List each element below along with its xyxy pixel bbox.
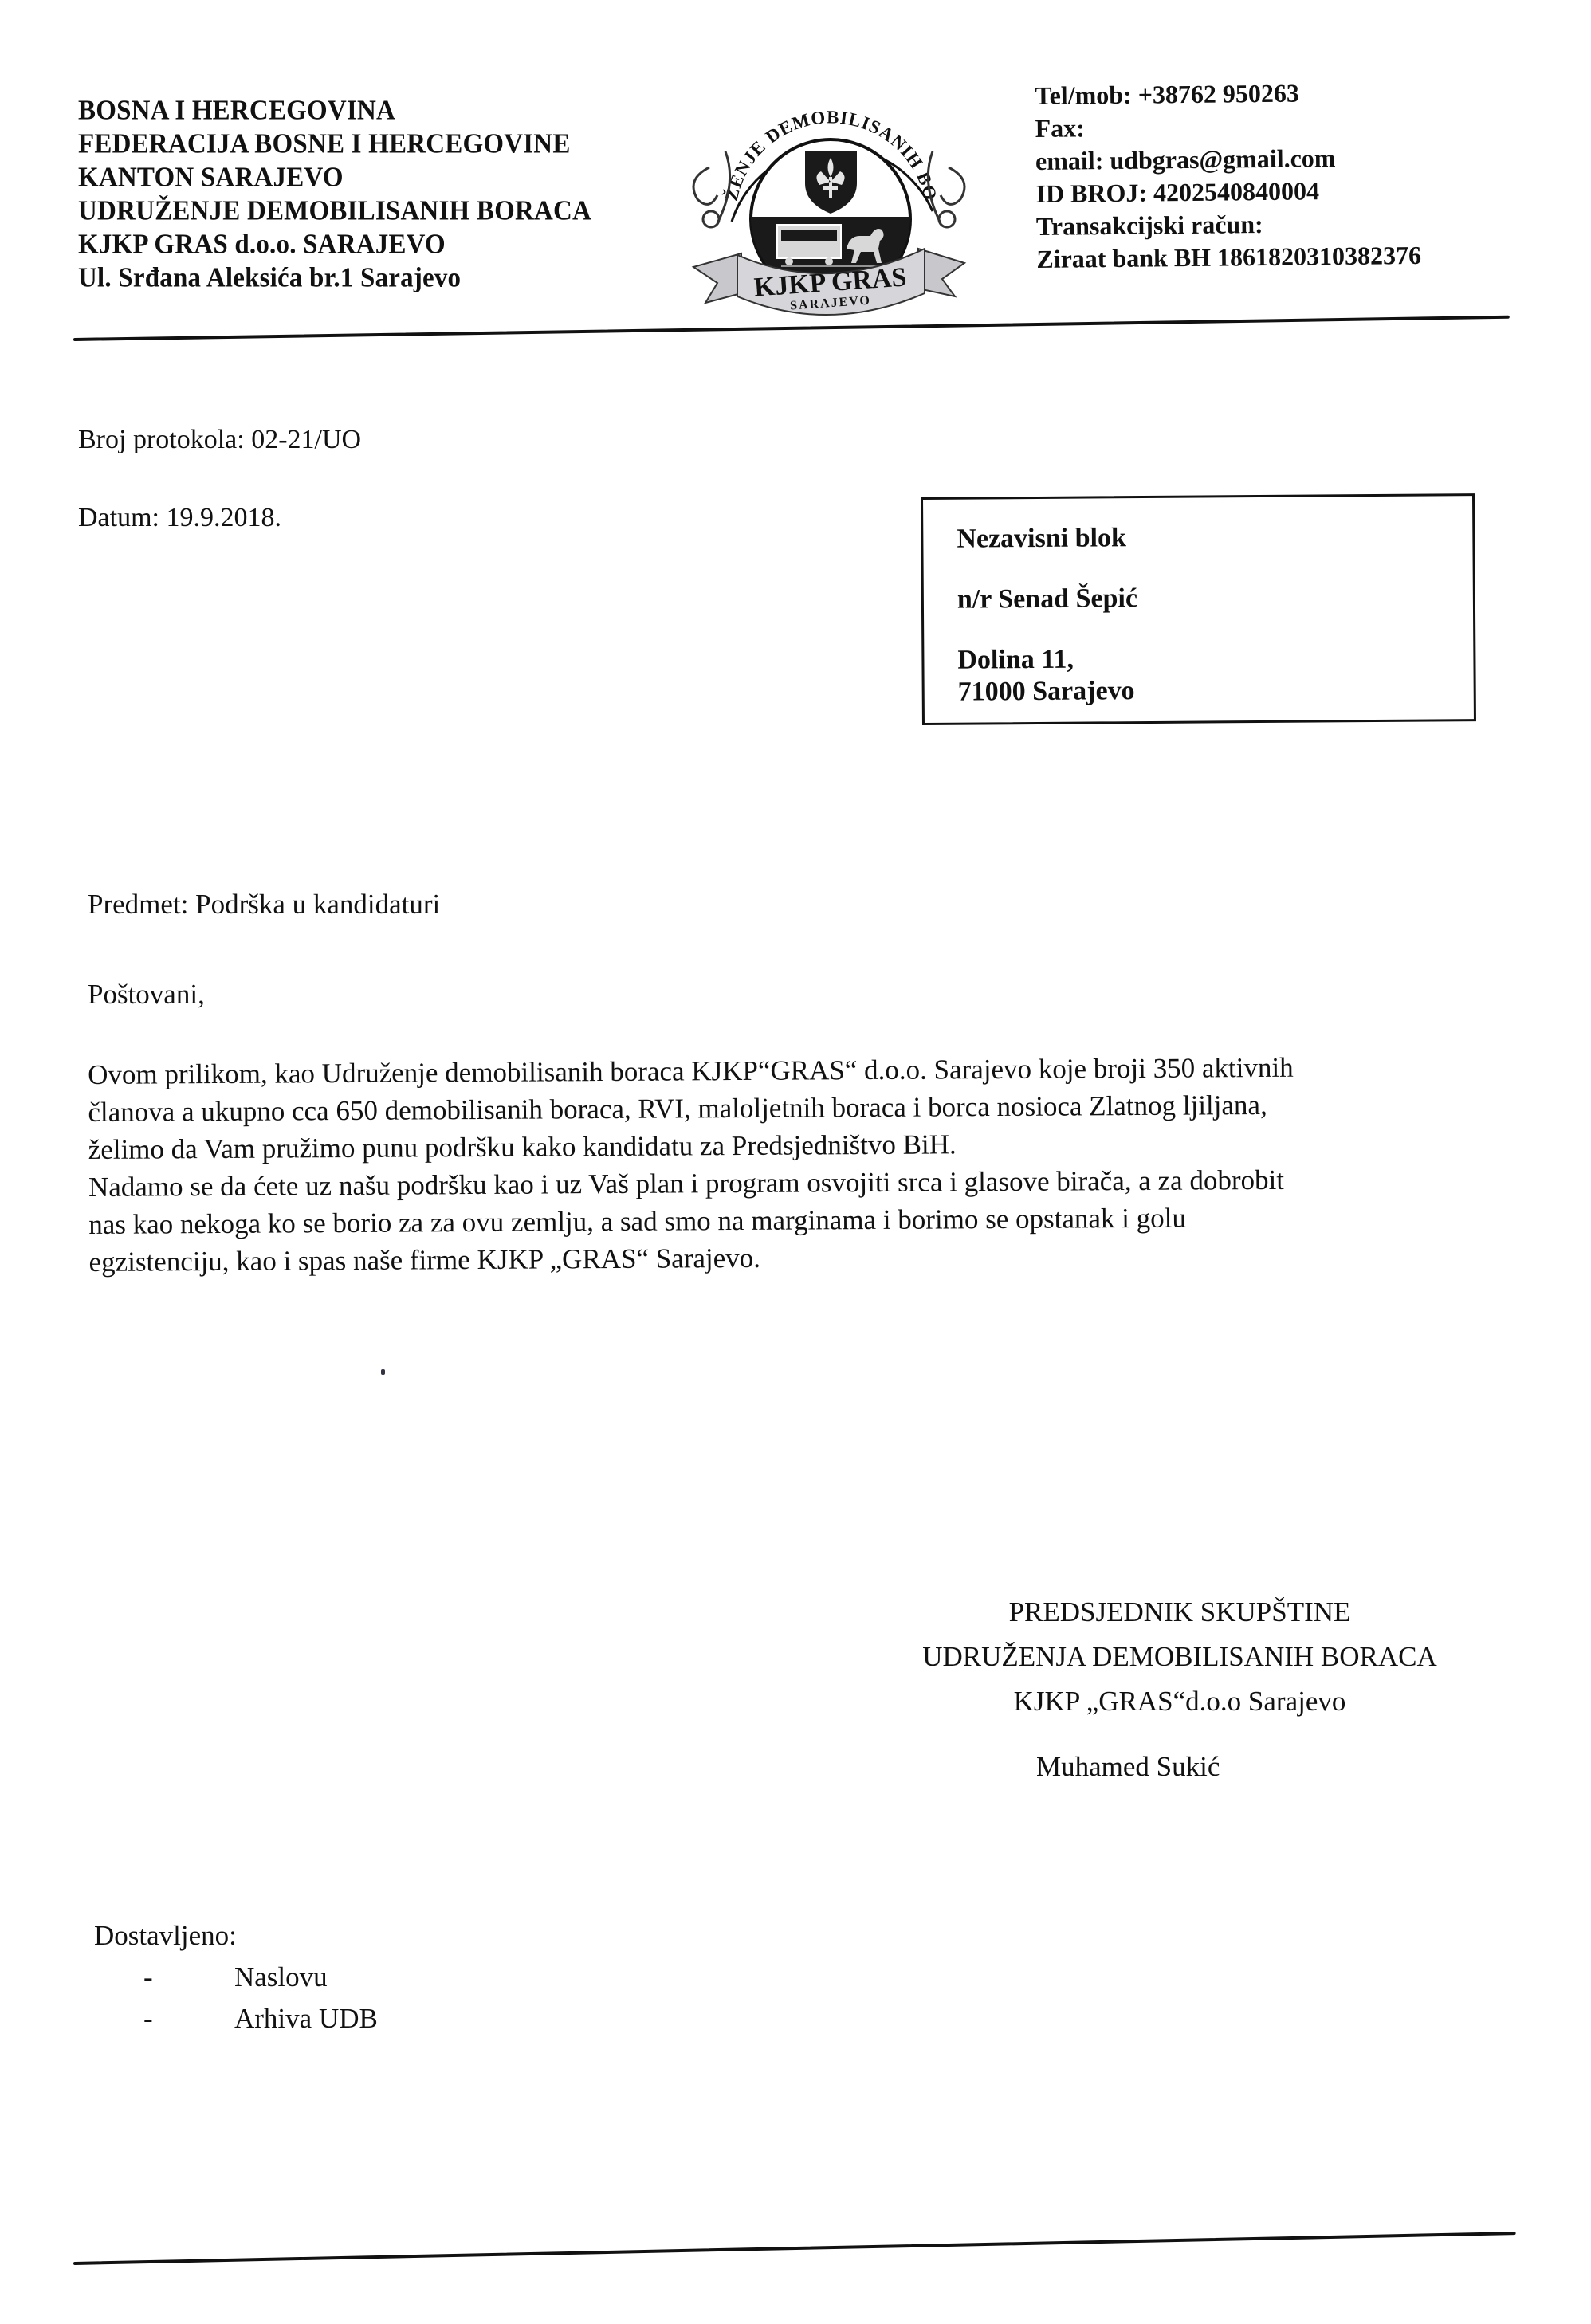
list-bullet: - [94,1998,191,2039]
distribution-item: - Arhiva UDB [94,1998,378,2039]
signature-title-line: PREDSJEDNIK SKUPŠTINE [861,1590,1499,1635]
letter-date: Datum: 19.9.2018. [78,502,281,534]
distribution-item: - Naslovu [94,1957,378,1998]
signature-title-line: UDRUŽENJA DEMOBILISANIH BORACA [861,1635,1499,1679]
contact-phone: Tel/mob: +38762 950263 [1035,76,1420,112]
list-bullet: - [94,1957,191,1998]
letter-body: Ovom prilikom, kao Udruženje demobilisan… [88,1047,1524,1281]
signatory-name: Muhamed Sukić [1036,1751,1220,1783]
distribution-item-label: Arhiva UDB [191,1998,378,2039]
contact-id-number: ID BROJ: 4202540840004 [1035,174,1420,210]
letterhead-organization: BOSNA I HERCEGOVINA FEDERACIJA BOSNE I H… [78,94,591,295]
body-line: egzistenciju, kao i spas naše firme KJKP… [88,1235,1523,1281]
signature-title-line: KJKP „GRAS“d.o.o Sarajevo [861,1679,1499,1724]
subject-line: Predmet: Podrška u kandidaturi [88,889,440,921]
kjkp-gras-logo: UDRUŽENJE DEMOBILISANIH BORACA KJKP GRAS… [662,40,996,335]
recipient-organization: Nezavisni blok [957,522,1137,555]
protocol-number: Broj protokola: 02-21/UO [78,424,361,456]
distribution-list: Dostavljeno: - Naslovu - Arhiva UDB [94,1915,378,2039]
contact-fax: Fax: [1035,108,1420,145]
contact-email: email: udbgras@gmail.com [1035,141,1420,178]
letterhead-line: BOSNA I HERCEGOVINA [78,94,591,128]
contact-bank-account: Ziraat bank BH 1861820310382376 [1036,239,1421,276]
scan-speck [381,1369,385,1375]
recipient-address-box: Nezavisni blok n/r Senad Šepić Dolina 11… [921,493,1476,725]
recipient-street: Dolina 11, [957,643,1137,677]
footer-divider [73,2232,1516,2265]
letterhead-address: Ul. Srđana Aleksića br.1 Sarajevo [78,261,591,295]
letterhead-line: KJKP GRAS d.o.o. SARAJEVO [78,228,591,261]
greeting: Poštovani, [88,979,205,1011]
recipient-attention: n/r Senad Šepić [957,583,1137,616]
contact-account-label: Transakcijski račun: [1036,206,1421,243]
letterhead-line: UDRUŽENJE DEMOBILISANIH BORACA [78,194,591,228]
signature-block: PREDSJEDNIK SKUPŠTINE UDRUŽENJA DEMOBILI… [861,1590,1499,1724]
letterhead-line: FEDERACIJA BOSNE I HERCEGOVINE [78,128,591,161]
letterhead-contact: Tel/mob: +38762 950263 Fax: email: udbgr… [1035,76,1421,276]
letterhead-line: KANTON SARAJEVO [78,161,591,194]
distribution-item-label: Naslovu [191,1957,328,1998]
recipient-city: 71000 Sarajevo [958,675,1138,709]
distribution-label: Dostavljeno: [94,1915,378,1957]
